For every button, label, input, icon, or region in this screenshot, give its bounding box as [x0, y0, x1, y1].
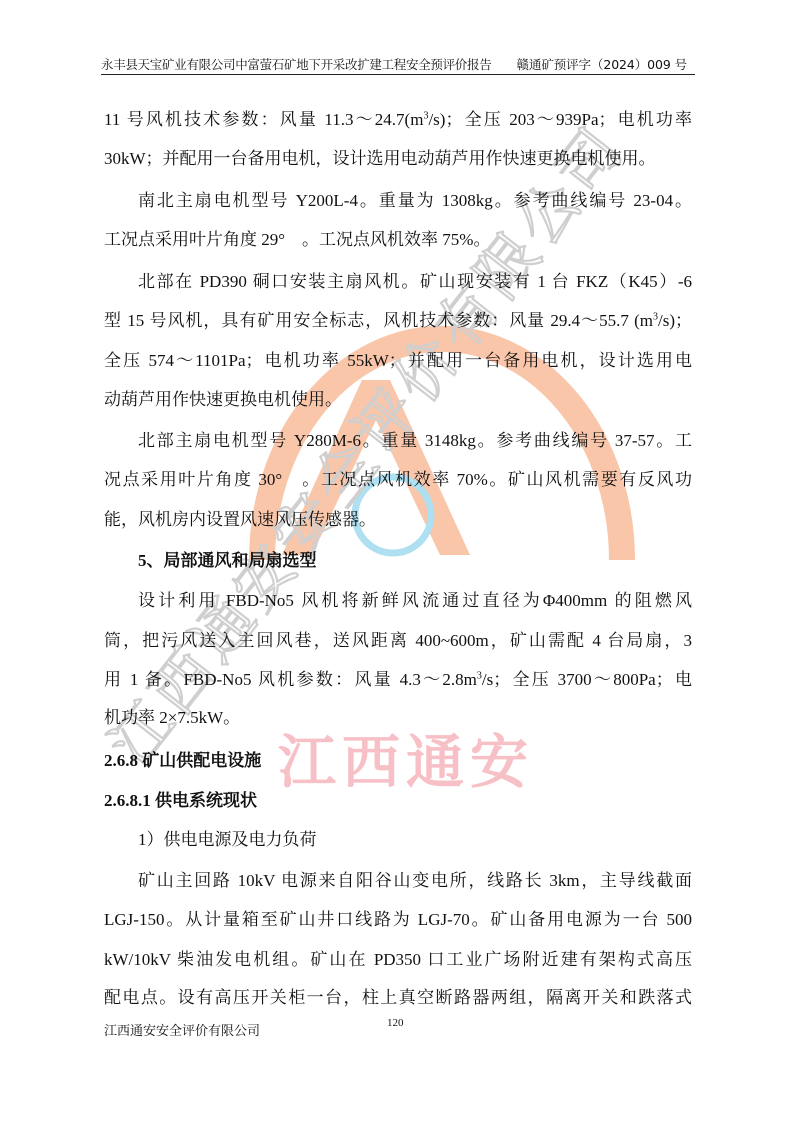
paragraph-line: 型 15 号风机，具有矿用安全标志，风机技术参数：风量 29.4～55.7 (m… — [104, 309, 692, 333]
document-number: 赣通矿预评字（2024）009 号 — [517, 55, 687, 73]
page-footer: 江西通安安全评价有限公司 120 — [104, 1020, 692, 1040]
paragraph-line: 设计利用 FBD-No5 风机将新鲜风流通过直径为Φ400mm 的阻燃风 — [104, 589, 692, 613]
page-header: 永丰县天宝矿业有限公司中富萤石矿地下开采改扩建工程安全预评价报告 赣通矿预评字（… — [101, 54, 695, 75]
paragraph-line: kW/10kV 柴油发电机组。矿山在 PD350 口工业广场附近建有架构式高压 — [104, 948, 692, 972]
footer-company: 江西通安安全评价有限公司 — [104, 1020, 260, 1039]
paragraph-line: LGJ-150。从计量箱至矿山井口线路为 LGJ-70。矿山备用电源为一台 50… — [104, 908, 692, 932]
paragraph-line: 矿山主回路 10kV 电源来自阳谷山变电所，线路长 3km，主导线截面 — [104, 869, 692, 893]
subsection-heading: 2.6.8.1 供电系统现状 — [104, 789, 257, 813]
paragraph-line: 工况点采用叶片角度 29° 。工况点风机效率 75%。 — [104, 228, 490, 252]
section-heading: 2.6.8 矿山供配电设施 — [104, 749, 261, 773]
paragraph-line: 筒，把污风送入主回风巷，送风距离 400~600m，矿山需配 4 台局扇，3 — [104, 629, 692, 653]
paragraph-line: 能，风机房内设置风速风压传感器。 — [104, 508, 376, 532]
paragraph-line: 南北主扇电机型号 Y200L-4。重量为 1308kg。参考曲线编号 23-04… — [104, 189, 692, 213]
paragraph-line: 北部在 PD390 硐口安装主扇风机。矿山现安装有 1 台 FKZ（K45）-6 — [104, 270, 692, 294]
paragraph-line: 机功率 2×7.5kW。 — [104, 706, 240, 730]
paragraph-line: 北部主扇电机型号 Y280M-6。重量 3148kg。参考曲线编号 37-57。… — [104, 429, 692, 453]
paragraph-line: 全压 574～1101Pa；电机功率 55kW；并配用一台备用电机，设计选用电 — [104, 349, 692, 373]
watermark-logo-text: 江西通安 — [278, 728, 534, 796]
page-number: 120 — [387, 1017, 404, 1029]
list-item-heading: 1）供电电源及电力负荷 — [104, 828, 317, 852]
paragraph-line: 动葫芦用作快速更换电机使用。 — [104, 388, 342, 412]
paragraph-line: 况点采用叶片角度 30° 。工况点风机效率 70%。矿山风机需要有反风功 — [104, 468, 692, 492]
paragraph-line: 30kW；并配用一台备用电机，设计选用电动葫芦用作快速更换电机使用。 — [104, 147, 656, 171]
paragraph-line: 配电点。设有高压开关柜一台，柱上真空断路器两组，隔离开关和跌落式 — [104, 986, 692, 1010]
report-title: 永丰县天宝矿业有限公司中富萤石矿地下开采改扩建工程安全预评价报告 — [101, 55, 491, 73]
paragraph-line: 用 1 备。FBD-No5 风机参数：风量 4.3～2.8m3/s；全压 370… — [104, 668, 692, 692]
section-heading: 5、局部通风和局扇选型 — [104, 549, 317, 573]
document-page: 江西通安安全评价有限公司 江西通安 永丰县天宝矿业有限公司中富萤石矿地下开采改扩… — [0, 0, 793, 1122]
paragraph-line: 11 号风机技术参数：风量 11.3～24.7(m3/s)；全压 203～939… — [104, 108, 692, 132]
